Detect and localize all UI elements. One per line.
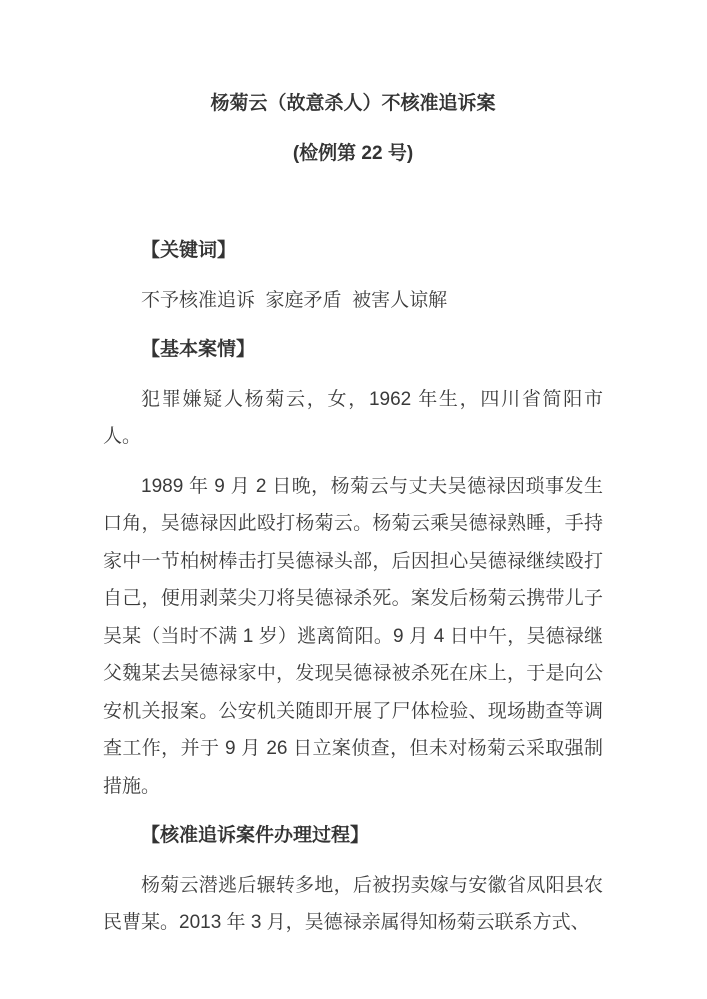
document-page: 杨菊云（故意杀人）不核准追诉案 (检例第 22 号) 【关键词】 不予核准追诉 … (0, 0, 707, 999)
process-paragraph: 杨菊云潜逃后辗转多地，后被拐卖嫁与安徽省凤阳县农民曹某。2013 年 3 月，吴… (103, 867, 603, 942)
document-header: 杨菊云（故意杀人）不核准追诉案 (检例第 22 号) (103, 85, 603, 220)
keywords-text: 不予核准追诉 家庭矛盾 被害人谅解 (103, 282, 603, 320)
section-heading-approval-process: 【核准追诉案件办理过程】 (103, 817, 603, 855)
case-facts-paragraph: 1989 年 9 月 2 日晚，杨菊云与丈夫吴德禄因琐事发生口角，吴德禄因此殴打… (103, 468, 603, 806)
section-approval-process: 【核准追诉案件办理过程】 杨菊云潜逃后辗转多地，后被拐卖嫁与安徽省凤阳县农民曹某… (103, 817, 603, 942)
document-title: 杨菊云（故意杀人）不核准追诉案 (103, 85, 603, 123)
section-keywords: 【关键词】 不予核准追诉 家庭矛盾 被害人谅解 (103, 232, 603, 319)
suspect-info-paragraph: 犯罪嫌疑人杨菊云，女，1962 年生，四川省简阳市人。 (103, 381, 603, 456)
case-number: (检例第 22 号) (103, 135, 603, 173)
section-heading-basic-facts: 【基本案情】 (103, 331, 603, 369)
section-heading-keywords: 【关键词】 (103, 232, 603, 270)
section-basic-facts: 【基本案情】 犯罪嫌疑人杨菊云，女，1962 年生，四川省简阳市人。 1989 … (103, 331, 603, 805)
